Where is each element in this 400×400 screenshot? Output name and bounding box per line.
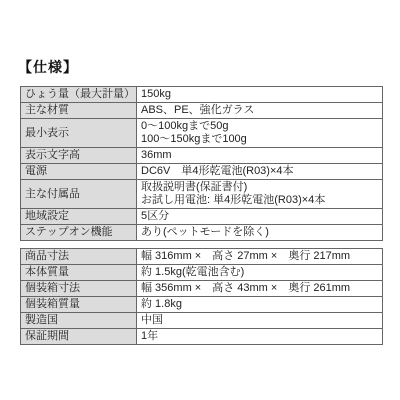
spec-value: 150kg [137,87,383,103]
spec-value-line: お試し用電池: 単4形乾電池(R03)×4本 [141,194,378,207]
spec-table: ひょう量（最大計量） 150kg 主な材質 ABS、PE、強化ガラス 最小表示 … [20,86,383,241]
table-row: 個装箱質量 約 1.8kg [21,297,383,313]
table-row: 地域設定 5区分 [21,209,383,225]
spec-value: 中国 [137,313,383,329]
table-row: 電源 DC6V 単4形乾電池(R03)×4本 [21,164,383,180]
spec-label: 個装箱寸法 [21,281,137,297]
spec-value: 1年 [137,329,383,345]
spec-label: 電源 [21,164,137,180]
spec-label: 表示文字高 [21,148,137,164]
spec-value: あり(ペットモードを除く) [137,225,383,241]
table-row: ひょう量（最大計量） 150kg [21,87,383,103]
spec-label: 本体質量 [21,265,137,281]
table-row: 主な材質 ABS、PE、強化ガラス [21,103,383,119]
spec-label: 保証期間 [21,329,137,345]
spec-value-line: 取扱説明書(保証書付) [141,181,378,194]
spec-value: ABS、PE、強化ガラス [137,103,383,119]
spec-value: DC6V 単4形乾電池(R03)×4本 [137,164,383,180]
spec-label: 地域設定 [21,209,137,225]
spec-label: 主な材質 [21,103,137,119]
spec-value-line: 0〜100kgまで50g [141,120,378,133]
table-row: 表示文字高 36mm [21,148,383,164]
table-row: 保証期間 1年 [21,329,383,345]
table-row: 商品寸法 幅 316mm × 高さ 27mm × 奥行 217mm [21,249,383,265]
table-row: 本体質量 約 1.5kg(乾電池含む) [21,265,383,281]
spec-label: ひょう量（最大計量） [21,87,137,103]
table-row: 製造国 中国 [21,313,383,329]
dimension-table: 商品寸法 幅 316mm × 高さ 27mm × 奥行 217mm 本体質量 約… [20,248,383,345]
spec-label: 最小表示 [21,119,137,148]
table-row: 主な付属品 取扱説明書(保証書付) お試し用電池: 単4形乾電池(R03)×4本 [21,180,383,209]
spec-value: 約 1.5kg(乾電池含む) [137,265,383,281]
spec-value: 0〜100kgまで50g 100〜150kgまで100g [137,119,383,148]
spec-value-line: 100〜150kgまで100g [141,133,378,146]
spec-label: 個装箱質量 [21,297,137,313]
spec-page: 【仕様】 ひょう量（最大計量） 150kg 主な材質 ABS、PE、強化ガラス … [0,0,400,400]
spec-value: 幅 316mm × 高さ 27mm × 奥行 217mm [137,249,383,265]
spec-value: 36mm [137,148,383,164]
table-row: 最小表示 0〜100kgまで50g 100〜150kgまで100g [21,119,383,148]
spec-label: ステップオン機能 [21,225,137,241]
table-row: 個装箱寸法 幅 356mm × 高さ 43mm × 奥行 261mm [21,281,383,297]
spec-value: 取扱説明書(保証書付) お試し用電池: 単4形乾電池(R03)×4本 [137,180,383,209]
page-title: 【仕様】 [18,57,78,77]
spec-value: 幅 356mm × 高さ 43mm × 奥行 261mm [137,281,383,297]
spec-value: 5区分 [137,209,383,225]
spec-label: 主な付属品 [21,180,137,209]
spec-value: 約 1.8kg [137,297,383,313]
table-row: ステップオン機能 あり(ペットモードを除く) [21,225,383,241]
spec-label: 商品寸法 [21,249,137,265]
spec-label: 製造国 [21,313,137,329]
